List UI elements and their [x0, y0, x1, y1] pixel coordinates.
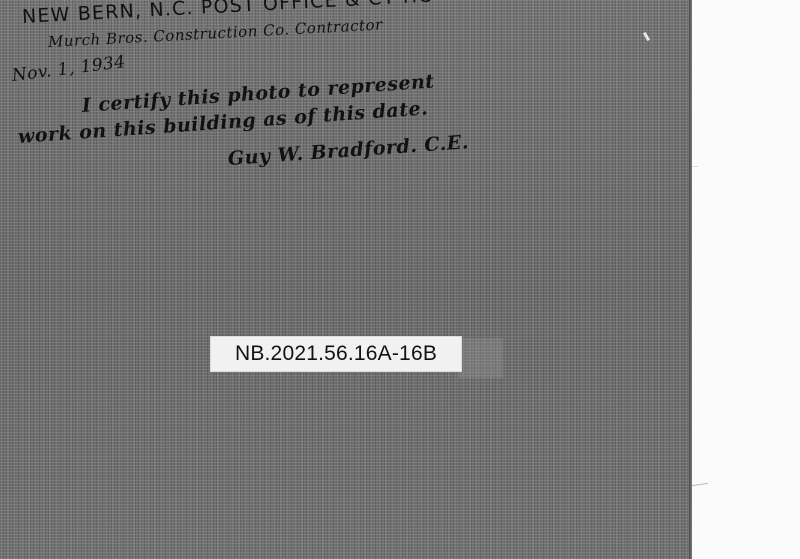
- loose-thread: [692, 166, 698, 167]
- loose-thread: [692, 483, 708, 486]
- cloth-photo-mount: NEW BERN, N.C. POST OFFICE & CT HO Murch…: [0, 0, 691, 559]
- label-tape-shadow: [458, 338, 503, 378]
- accession-label: NB.2021.56.16A-16B: [210, 336, 462, 372]
- lint-mark: [643, 32, 650, 41]
- card-right-edge: [689, 0, 692, 559]
- signature: Guy W. Bradford. C.E.: [227, 131, 469, 170]
- accession-number: NB.2021.56.16A-16B: [235, 342, 437, 366]
- inscription-date: Nov. 1, 1934: [11, 52, 127, 86]
